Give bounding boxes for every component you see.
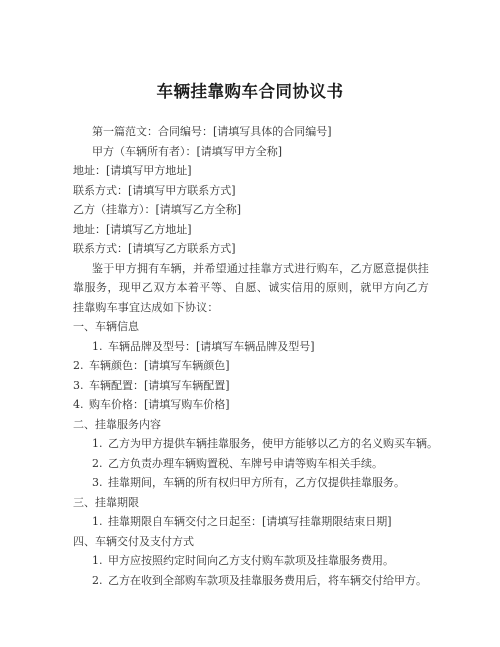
- party-b-address-line: 地址：[请填写乙方地址]: [73, 220, 429, 240]
- section-heading-vehicle-info: 一、车辆信息: [73, 317, 429, 337]
- item-number: 2.: [73, 356, 89, 376]
- party-a-address-line: 地址：[请填写甲方地址]: [73, 161, 429, 181]
- list-item: 2.乙方负责办理车辆购置税、车牌号申请等购车相关手续。: [73, 454, 429, 474]
- document-title: 车辆挂靠购车合同协议书: [0, 78, 500, 102]
- item-number: 3.: [92, 473, 108, 493]
- item-text: 甲方应按照约定时间向乙方支付购车款项及挂靠服务费用。: [108, 554, 394, 567]
- list-item: 4.购车价格：[请填写购车价格]: [73, 395, 429, 415]
- list-item: 3.车辆配置：[请填写车辆配置]: [73, 376, 429, 396]
- list-item: 3.挂靠期间，车辆的所有权归甲方所有，乙方仅提供挂靠服务。: [73, 473, 429, 493]
- list-item: 1.挂靠期限自车辆交付之日起至：[请填写挂靠期限结束日期]: [73, 512, 429, 532]
- list-item: 1.乙方为甲方提供车辆挂靠服务，使甲方能够以乙方的名义购买车辆。: [73, 434, 429, 454]
- item-text: 购车价格：[请填写购车价格]: [89, 398, 230, 411]
- party-b-name-line: 乙方（挂靠方）：[请填写乙方全称]: [73, 200, 429, 220]
- document-page: 车辆挂靠购车合同协议书 第一篇范文：合同编号：[请填写具体的合同编号] 甲方（车…: [0, 0, 500, 647]
- party-a-name-line: 甲方（车辆所有者）：[请填写甲方全称]: [73, 142, 429, 162]
- item-text: 车辆颜色：[请填写车辆颜色]: [89, 359, 230, 372]
- party-a-contact-line: 联系方式：[请填写甲方联系方式]: [73, 181, 429, 201]
- item-text: 挂靠期间，车辆的所有权归甲方所有，乙方仅提供挂靠服务。: [108, 476, 405, 489]
- party-b-contact-line: 联系方式：[请填写乙方联系方式]: [73, 239, 429, 259]
- item-number: 2.: [92, 571, 108, 591]
- item-text: 乙方在收到全部购车款项及挂靠服务费用后，将车辆交付给甲方。: [108, 574, 427, 587]
- list-item: 1.甲方应按照约定时间向乙方支付购车款项及挂靠服务费用。: [73, 551, 429, 571]
- contract-number-line: 第一篇范文：合同编号：[请填写具体的合同编号]: [73, 122, 429, 142]
- section-heading-delivery-payment: 四、车辆交付及支付方式: [73, 532, 429, 552]
- document-body: 第一篇范文：合同编号：[请填写具体的合同编号] 甲方（车辆所有者）：[请填写甲方…: [73, 122, 429, 590]
- list-item: 2.车辆颜色：[请填写车辆颜色]: [73, 356, 429, 376]
- section-heading-term: 三、挂靠期限: [73, 493, 429, 513]
- item-text: 车辆配置：[请填写车辆配置]: [89, 379, 230, 392]
- item-number: 1.: [92, 512, 108, 532]
- item-text: 乙方为甲方提供车辆挂靠服务，使甲方能够以乙方的名义购买车辆。: [108, 437, 438, 450]
- item-number: 3.: [73, 376, 89, 396]
- list-item: 1.车辆品牌及型号：[请填写车辆品牌及型号]: [73, 337, 429, 357]
- item-text: 挂靠期限自车辆交付之日起至：[请填写挂靠期限结束日期]: [108, 515, 392, 528]
- item-number: 1.: [92, 337, 108, 357]
- preamble-paragraph: 鉴于甲方拥有车辆，并希望通过挂靠方式进行购车，乙方愿意提供挂靠服务，现甲乙双方本…: [73, 259, 429, 318]
- item-number: 4.: [73, 395, 89, 415]
- item-number: 1.: [92, 434, 108, 454]
- item-number: 1.: [92, 551, 108, 571]
- list-item: 2.乙方在收到全部购车款项及挂靠服务费用后，将车辆交付给甲方。: [73, 571, 429, 591]
- section-heading-service-content: 二、挂靠服务内容: [73, 415, 429, 435]
- item-text: 乙方负责办理车辆购置税、车牌号申请等购车相关手续。: [108, 457, 383, 470]
- item-text: 车辆品牌及型号：[请填写车辆品牌及型号]: [108, 340, 315, 353]
- item-number: 2.: [92, 454, 108, 474]
